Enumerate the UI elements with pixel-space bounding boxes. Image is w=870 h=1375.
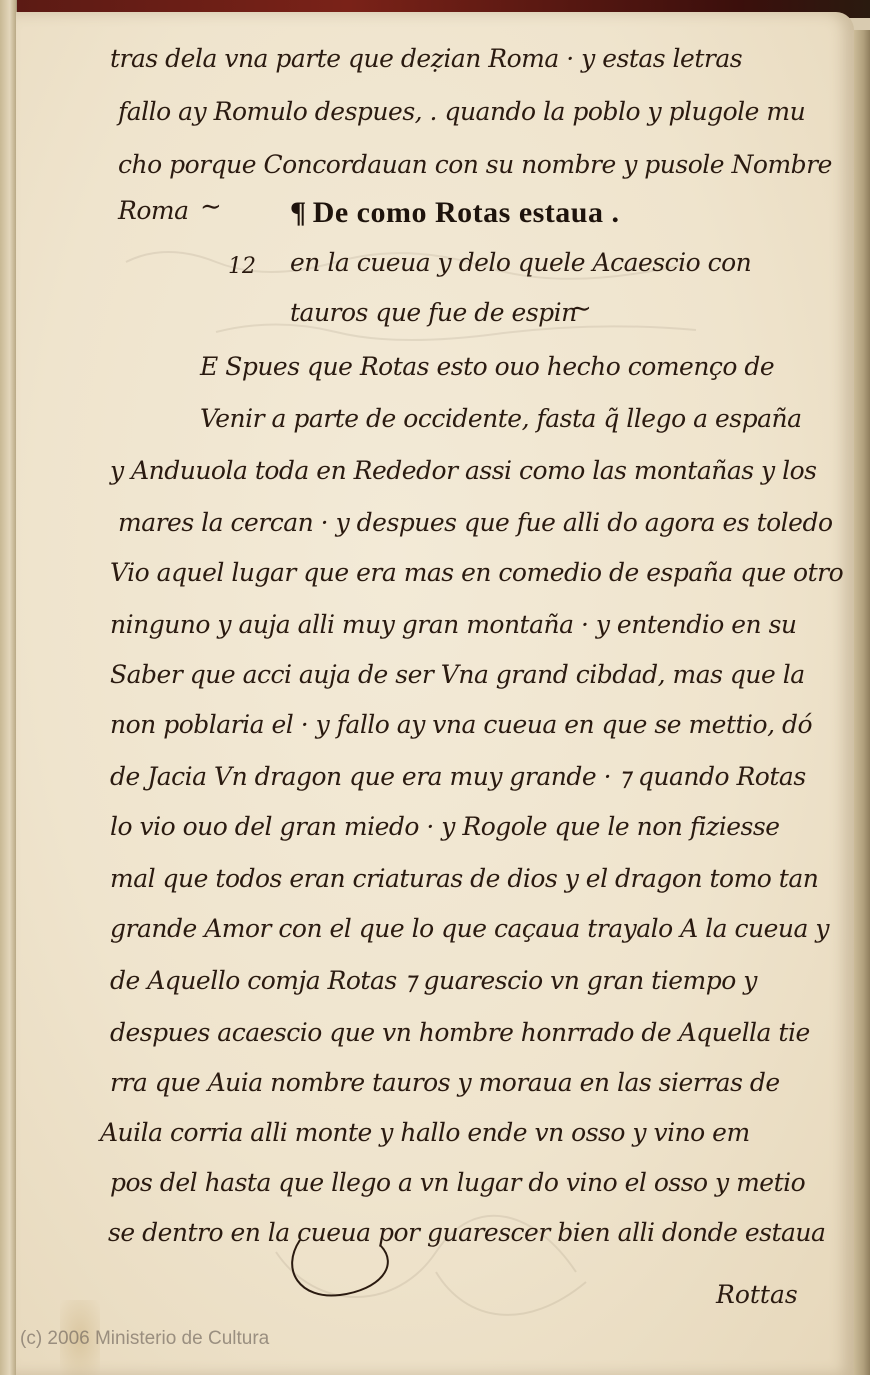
body-line-18: se dentro en la cueua por guarescer bien… [108, 1218, 825, 1247]
catchword: Rottas [716, 1280, 798, 1309]
body-line-8: non poblaria el · y fallo ay vna cueua e… [110, 710, 812, 739]
text-line-3: cho porque Concordauan con su nombre y p… [118, 150, 832, 179]
pilcrow-icon: ¶ [290, 196, 307, 230]
text-line-1: tras dela vna parte que deẓian Roma · y … [110, 44, 742, 73]
body-line-12: grande Amor con el que lo que caçaua tra… [110, 914, 829, 943]
body-line-10: lo vio ouo del gran miedo · y Rogole que… [110, 812, 780, 841]
chapter-heading: ¶De como Rotas estaua . [290, 196, 619, 230]
chapter-number: 12 [228, 254, 256, 279]
chapter-heading-line-3: tauros que fue de espin [290, 298, 577, 327]
body-line-16: Auila corria alli monte y hallo ende vn … [100, 1118, 750, 1147]
body-line-15: rra que Auia nombre tauros y moraua en l… [110, 1068, 780, 1097]
line-filler-flourish-icon: ∼ [570, 294, 592, 324]
body-line-1: E Spues que Rotas esto ouo hecho començo… [200, 352, 774, 381]
body-line-4: mares la cercan · y despues que fue alli… [118, 508, 833, 537]
body-line-14: despues acaescio que vn hombre honrrado … [110, 1018, 810, 1047]
descender-flourish-icon [280, 1240, 420, 1300]
chapter-heading-line-2: en la cueua y delo quele Acaescio con [290, 248, 751, 277]
text-block: tras dela vna parte que deẓian Roma · y … [0, 0, 870, 1375]
body-line-13: de Aquello comja Rotas ⁊ guarescio vn gr… [110, 966, 757, 995]
body-line-7: Saber que acci auja de ser Vna grand cib… [110, 660, 805, 689]
copyright-watermark: (c) 2006 Ministerio de Cultura [20, 1328, 269, 1350]
body-line-9: de Jacia Vn dragon que era muy grande · … [110, 762, 806, 791]
body-line-5: Vio aquel lugar que era mas en comedio d… [110, 558, 843, 587]
chapter-heading-line-1: De como Rotas estaua . [313, 196, 620, 229]
line-filler-flourish-icon: ∼ [200, 192, 222, 222]
body-line-17: pos del hasta que llego a vn lugar do vi… [110, 1168, 805, 1197]
text-line-4: Roma [118, 196, 189, 225]
body-line-11: mal que todos eran criaturas de dios y e… [110, 864, 818, 893]
body-line-6: ninguno y auja alli muy gran montaña · y… [110, 610, 797, 639]
body-line-3: y Anduuola toda en Rededor assi como las… [110, 456, 816, 485]
text-line-2: fallo ay Romulo despues, . quando la pob… [118, 97, 805, 126]
body-line-2: Venir a parte de occidente, fasta q̃ lle… [200, 404, 802, 433]
